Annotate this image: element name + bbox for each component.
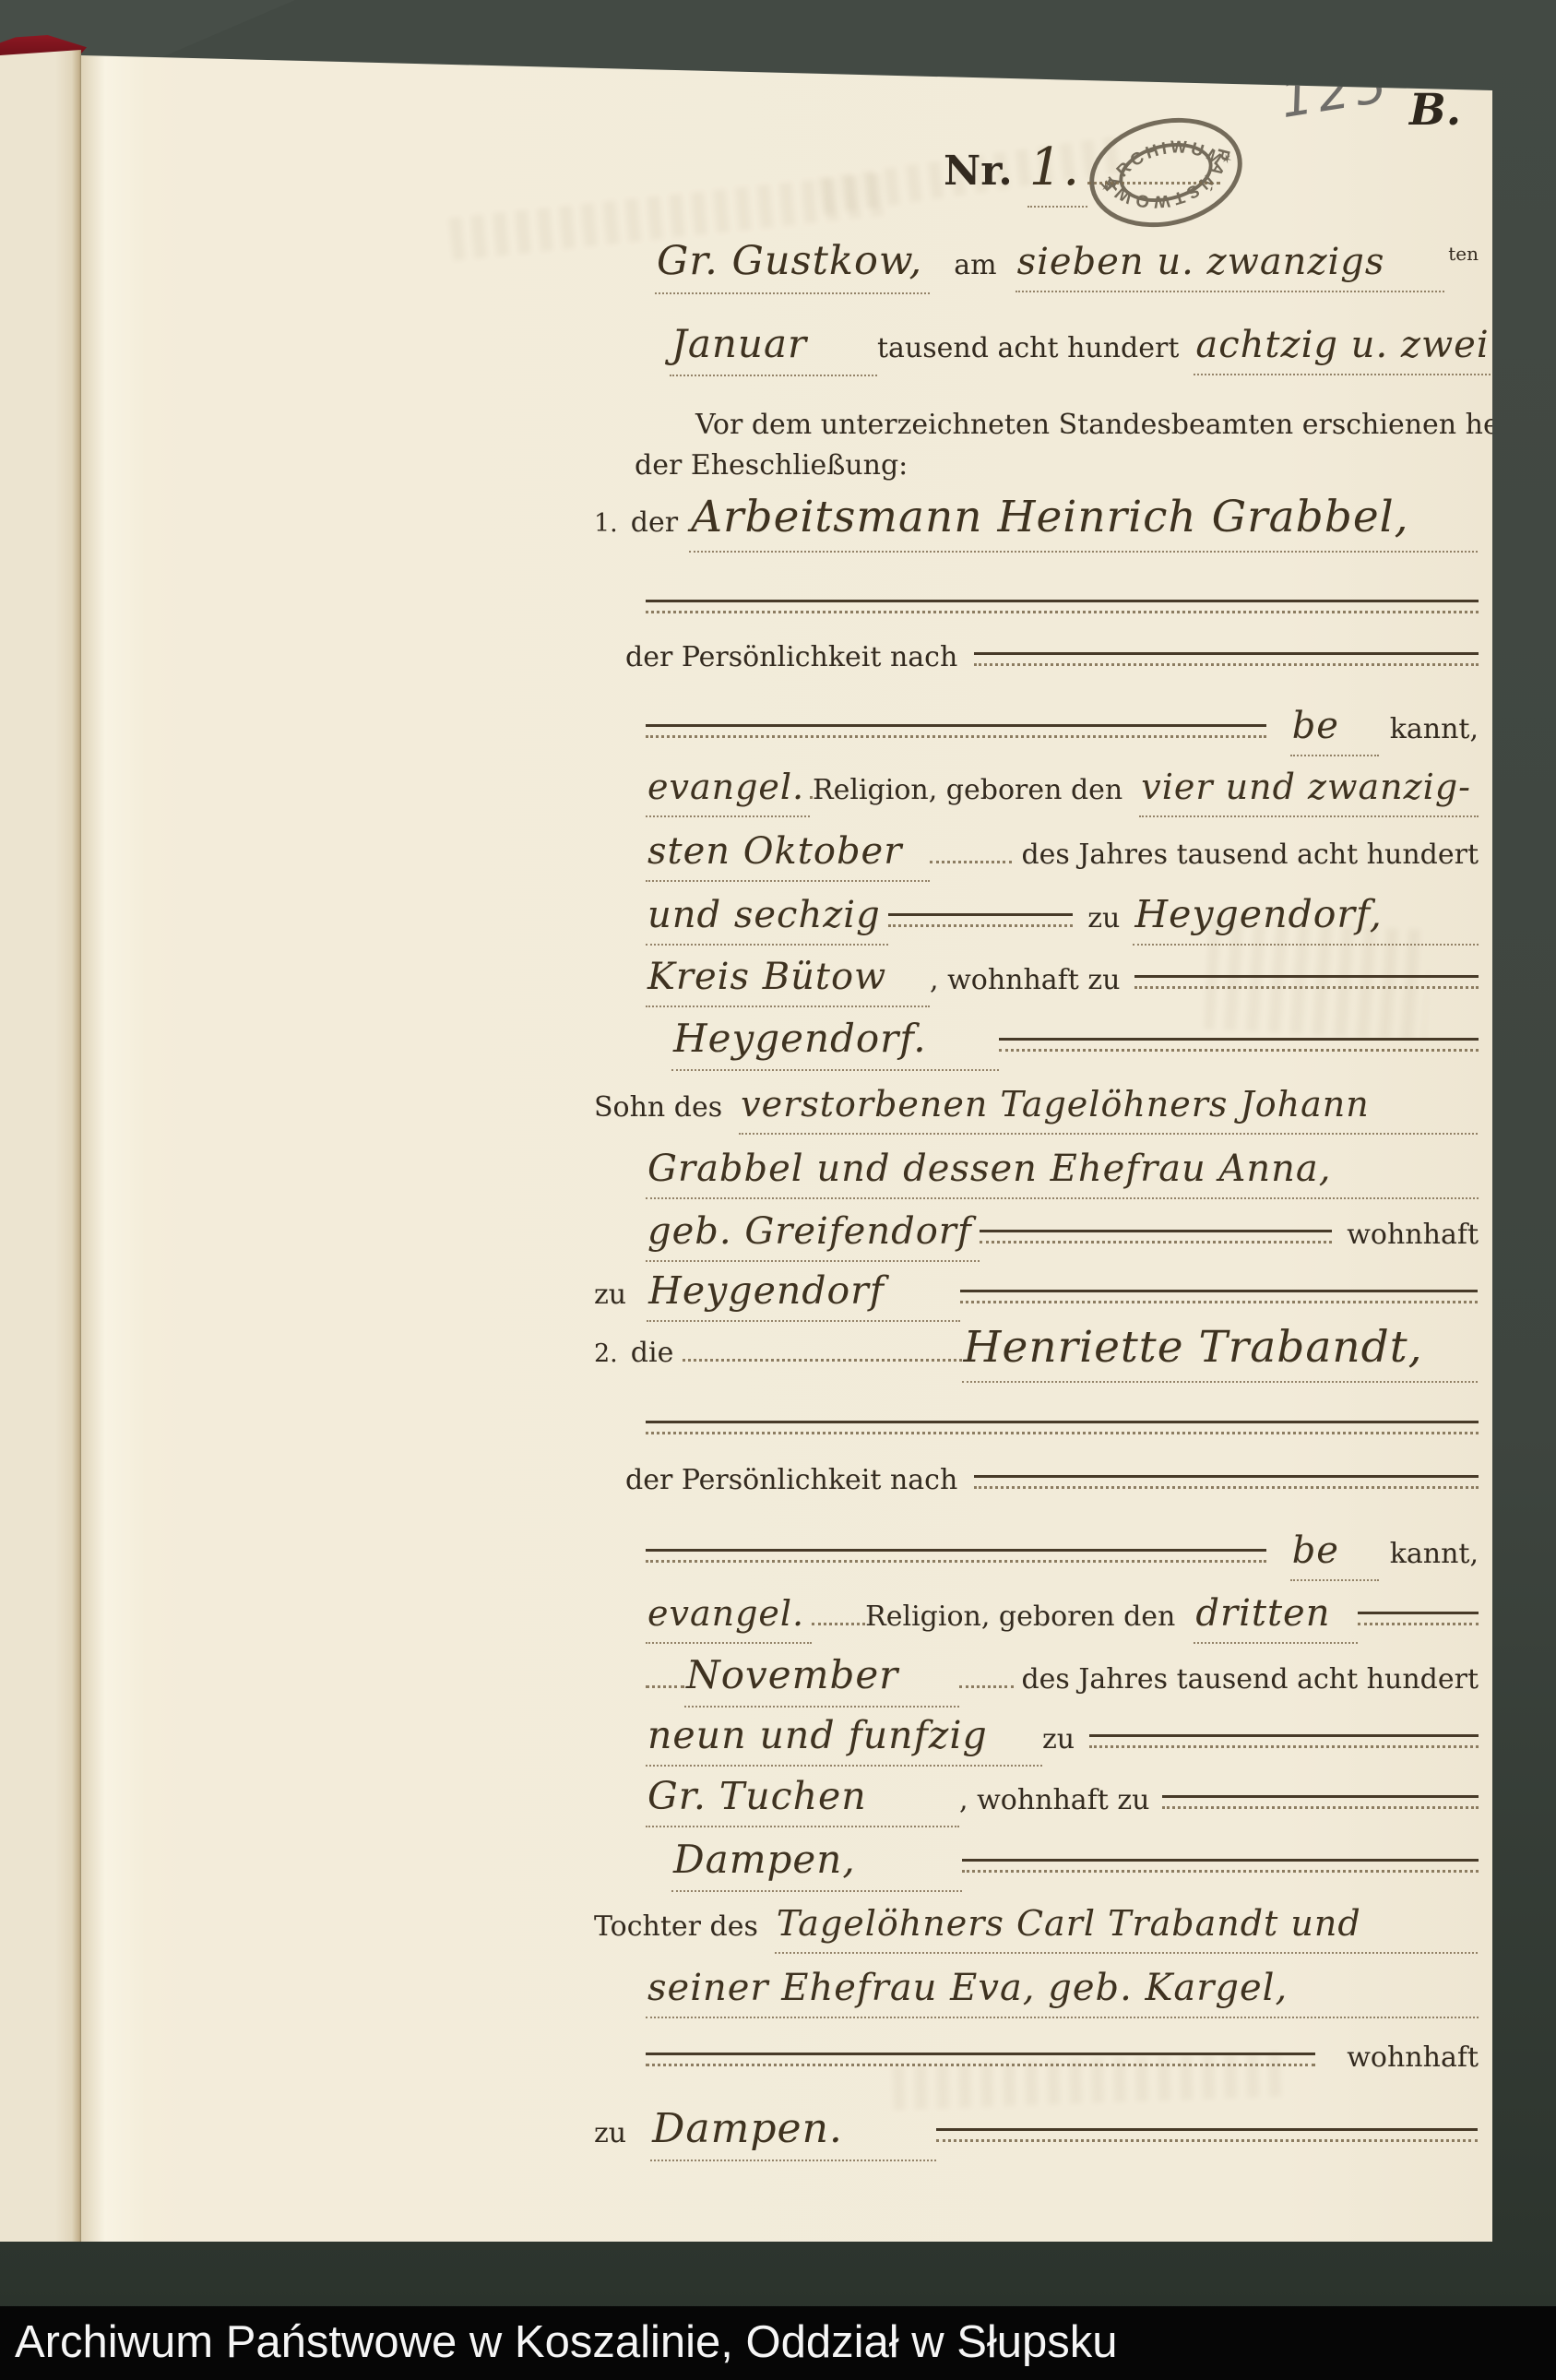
bride-birthplace-fill-line [1162,1786,1479,1809]
groom-residence-handwritten-entry: Heygendorf. [671,1015,999,1071]
groom-kreis-handwritten-entry: Kreis Bütow [646,954,930,1007]
groom-parents-1-printed-label: Sohn des [594,1090,722,1125]
bride-birth-handwritten-entry: November [684,1651,959,1708]
groom-known-printed-label: kannt, [1390,712,1479,747]
groom-known-handwritten-entry: be [1290,703,1379,756]
bride-parents-4-handwritten-entry: Dampen. [650,2103,936,2161]
form-line-groom-parents-4: zuHeygendorf [594,1267,1478,1322]
groom-parents-2-handwritten-entry: Grabbel und dessen Ehefrau Anna, [646,1146,1479,1199]
form-line-groom-line: 1.derArbeitsmann Heinrich Grabbel, [594,491,1478,553]
bride-parents-4-printed-label: zu [594,2116,626,2151]
dateline-place-handwritten-entry: Gr. Gustkow, [655,237,930,294]
bride-parents-2-handwritten-entry: seiner Ehefrau Eva, geb. Kargel, [646,1965,1479,2018]
form-line-bride-residence: Dampen, [671,1836,1479,1892]
bride-line-printed-label: die [631,1336,674,1371]
archive-watermark-bar: Archiwum Państwowe w Koszalinie, Oddział… [0,2306,1556,2380]
blank-1-fill-line [646,590,1479,613]
bride-parents-3-fill-line [646,2043,1315,2066]
nr-line-handwritten-entry: 1. [1027,136,1087,208]
form-line-groom-birth: sten Oktoberdes Jahres tausend acht hund… [646,828,1479,882]
form-line-groom-kreis: Kreis Bütow, wohnhaft zu [646,954,1479,1007]
groom-year-handwritten-entry: Heygendorf, [1133,891,1479,946]
form-line-blank-2 [646,1411,1479,1419]
form-line-dateline-place: Gr. Gustkow,amsieben u. zwanzigsten [655,237,1479,294]
printed-page-letter: B. [1409,85,1461,136]
bride-birth-printed-label: des Jahres tausend acht hundert [1021,1662,1479,1697]
intro-2-printed-label: der Eheschließung: [635,448,908,483]
form-line-intro-2: der Eheschließung: [635,448,1479,483]
dateline-place-printed-superscript: ten [1448,243,1479,266]
bride-religion-fill-line [1358,1602,1479,1625]
bride-parents-3-printed-label: wohnhaft [1347,2041,1479,2076]
groom-kreis-printed-label: , wohnhaft zu [930,963,1120,998]
bride-known-handwritten-entry: be [1290,1528,1379,1581]
form-line-bride-known: bekannt, [646,1528,1479,1581]
form-line-dateline-month: Januartausend acht hundertachtzig u. zwe… [670,320,1479,376]
form-line-bride-parents-3: wohnhaft [646,2041,1479,2076]
groom-religion-printed-label: Religion, geboren den [813,773,1122,808]
form-line-bride-parents-4: zuDampen. [594,2103,1478,2161]
groom-birth-handwritten-entry: sten Oktober [646,828,930,882]
groom-birth-printed-label: des Jahres tausend acht hundert [1021,838,1479,873]
dateline-month-handwritten-entry: achtzig u. zwei. [1194,322,1509,375]
form-line-bride-year: neun und funfzigzu [646,1712,1479,1767]
form-line-bride-religion: evangel.Religion, geboren dendritten [646,1590,1479,1644]
groom-line-item-number: 1. [594,508,618,540]
bride-known-printed-label: kannt, [1390,1537,1479,1572]
groom-parents-3-fill-line [980,1220,1333,1244]
pencil-page-number: 125 [1277,54,1396,129]
form-line-groom-known: bekannt, [646,703,1479,756]
bride-birthplace-handwritten-entry: Gr. Tuchen [646,1773,959,1827]
bride-line-item-number: 2. [594,1339,618,1370]
groom-residence-fill-line [999,1029,1479,1052]
groom-line-handwritten-entry: Arbeitsmann Heinrich Grabbel, [689,491,1478,553]
bride-parents-1-handwritten-entry: Tagelöhners Carl Trabandt und [775,1902,1478,1954]
dateline-month-handwritten-entry: Januar [670,320,877,376]
bride-residence-handwritten-entry: Dampen, [671,1836,962,1892]
form-line-bride-parents-2: seiner Ehefrau Eva, geb. Kargel, [646,1965,1479,2018]
groom-line-printed-label: der [631,506,678,541]
dateline-place-printed-label: am [954,248,996,283]
bride-parents-1-printed-label: Tochter des [594,1910,758,1945]
groom-parents-4-fill-line [960,1280,1478,1303]
groom-known-fill-line [646,715,1266,738]
bride-id-printed-label: der Persönlichkeit nach [625,1463,957,1498]
scanned-document-view: 125 B. ARCHIWUM PAŃSTWOWE ✶ ✶ Nr.1.Gr. G… [0,0,1556,2380]
dateline-place-handwritten-entry: sieben u. zwanzigs [1016,239,1445,292]
bride-birth-dotted-rule [646,1671,684,1688]
groom-religion-handwritten-entry: evangel. [646,766,810,817]
bride-religion-handwritten-entry: dritten [1194,1590,1358,1644]
form-line-groom-parents-1: Sohn desverstorbenen Tagelöhners Johann [594,1083,1478,1135]
groom-parents-1-handwritten-entry: verstorbenen Tagelöhners Johann [739,1083,1478,1135]
bride-religion-handwritten-entry: evangel. [646,1592,812,1644]
groom-year-handwritten-entry: und sechzig [646,892,888,946]
bride-id-fill-line [974,1466,1479,1489]
bride-known-fill-line [646,1540,1266,1563]
nr-line-dotted-rule [1087,167,1220,184]
form-line-groom-parents-2: Grabbel und dessen Ehefrau Anna, [646,1146,1479,1199]
form-line-bride-birth: Novemberdes Jahres tausend acht hundert [646,1651,1479,1708]
groom-year-fill-line [888,904,1074,927]
bride-line-handwritten-entry: Henriette Trabandt, [962,1321,1478,1383]
groom-parents-4-printed-label: zu [594,1278,626,1313]
form-line-groom-religion: evangel.Religion, geboren denvier und zw… [646,766,1479,817]
bride-residence-fill-line [962,1850,1479,1873]
form-line-blank-1 [646,590,1479,598]
groom-kreis-fill-line [1134,966,1479,989]
form-line-bride-id: der Persönlichkeit nach [625,1463,1479,1498]
form-line-bride-birthplace: Gr. Tuchen, wohnhaft zu [646,1773,1479,1827]
form-line-groom-year: und sechzigzuHeygendorf, [646,891,1479,946]
bride-religion-dotted-rule [812,1608,865,1625]
bride-birthplace-printed-label: , wohnhaft zu [959,1783,1149,1818]
dateline-month-printed-label: tausend acht hundert [877,331,1179,366]
form-line-nr-line: Nr.1. [944,136,1220,208]
groom-id-fill-line [974,643,1479,666]
groom-parents-3-printed-label: wohnhaft [1347,1218,1479,1253]
groom-parents-3-handwritten-entry: geb. Greifendorf [646,1208,980,1262]
form-line-bride-parents-1: Tochter desTagelöhners Carl Trabandt und [594,1902,1478,1954]
groom-id-printed-label: der Persönlichkeit nach [625,640,957,675]
form-line-groom-residence: Heygendorf. [671,1015,1479,1071]
bride-year-handwritten-entry: neun und funfzig [646,1712,1042,1767]
form-line-bride-line: 2.dieHenriette Trabandt, [594,1321,1478,1383]
previous-page-edge [0,50,81,2242]
archive-watermark-text: Archiwum Państwowe w Koszalinie, Oddział… [0,2306,1556,2378]
bride-birth-dotted-rule [959,1671,1014,1688]
nr-line-printed-label: Nr. [944,146,1013,196]
bride-parents-4-fill-line [936,2119,1478,2142]
groom-birth-dotted-rule [930,846,1012,863]
bride-religion-printed-label: Religion, geboren den [865,1600,1175,1635]
groom-year-printed-label: zu [1087,901,1120,936]
bride-year-printed-label: zu [1042,1722,1075,1757]
document-page: 125 B. ARCHIWUM PAŃSTWOWE ✶ ✶ Nr.1.Gr. G… [81,48,1492,2242]
intro-1-printed-label: Vor dem unterzeichneten Standesbeamten e… [695,409,1556,441]
groom-religion-handwritten-entry: vier und zwanzig- [1139,766,1479,817]
bride-line-dotted-rule [683,1344,961,1362]
form-line-intro-1: Vor dem unterzeichneten Standesbeamten e… [635,408,1479,443]
form-line-groom-id: der Persönlichkeit nach [625,640,1479,675]
groom-parents-4-handwritten-entry: Heygendorf [647,1267,960,1322]
form-line-groom-parents-3: geb. Greifendorfwohnhaft [646,1208,1479,1262]
bride-year-fill-line [1089,1725,1479,1748]
blank-2-fill-line [646,1411,1479,1434]
